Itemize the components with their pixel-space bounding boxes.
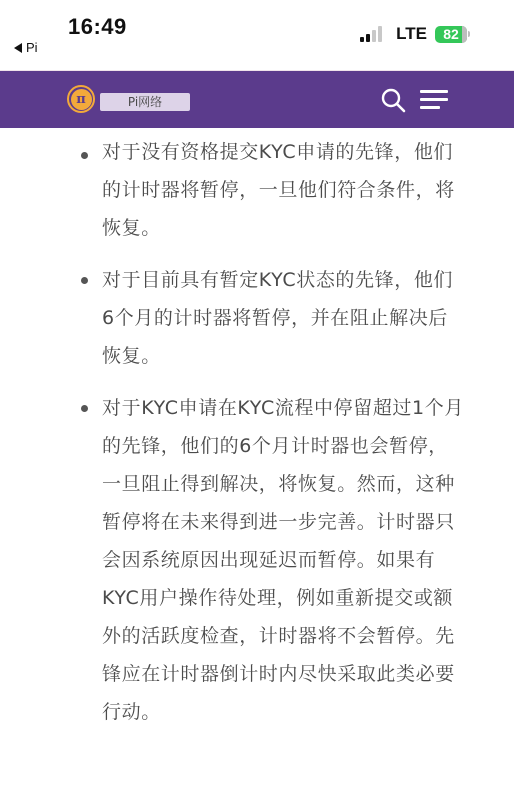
site-name-label[interactable]: Pi网络 bbox=[100, 93, 190, 111]
status-bar: 16:49 Pi LTE 82 bbox=[0, 0, 514, 70]
search-icon bbox=[380, 87, 406, 113]
site-header: π Pi网络 bbox=[0, 70, 514, 128]
pi-logo-icon[interactable]: π bbox=[67, 85, 95, 113]
bullet-list: 对于没有资格提交KYC申请的先锋，他们的计时器将暂停，一旦他们符合条件，将恢复。… bbox=[0, 128, 514, 731]
list-item: 对于KYC申请在KYC流程中停留超过1个月的先锋，他们的6个月计时器也会暂停，一… bbox=[0, 389, 514, 731]
status-indicators: LTE 82 bbox=[360, 24, 470, 44]
hamburger-menu-button[interactable] bbox=[420, 88, 450, 110]
pi-logo-glyph: π bbox=[71, 89, 92, 110]
network-type: LTE bbox=[396, 24, 427, 44]
back-to-app-button[interactable]: Pi bbox=[14, 40, 38, 55]
status-time: 16:49 bbox=[68, 14, 127, 40]
hamburger-menu-icon bbox=[420, 90, 448, 93]
back-app-label: Pi bbox=[26, 40, 38, 55]
bullet-icon bbox=[81, 277, 88, 284]
list-item: 对于目前具有暂定KYC状态的先锋，他们6个月的计时器将暂停，并在阻止解决后恢复。 bbox=[0, 261, 514, 375]
back-arrow-icon bbox=[14, 43, 22, 53]
list-item-text: 对于KYC申请在KYC流程中停留超过1个月的先锋，他们的6个月计时器也会暂停，一… bbox=[102, 397, 464, 723]
battery-icon: 82 bbox=[435, 26, 470, 43]
list-item-text: 对于目前具有暂定KYC状态的先锋，他们6个月的计时器将暂停，并在阻止解决后恢复。 bbox=[102, 269, 453, 367]
bullet-icon bbox=[81, 405, 88, 412]
cellular-signal-icon bbox=[360, 26, 382, 42]
bullet-icon bbox=[81, 152, 88, 159]
search-button[interactable] bbox=[380, 87, 406, 113]
battery-percent: 82 bbox=[443, 26, 459, 42]
article-content: 对于没有资格提交KYC申请的先锋，他们的计时器将暂停，一旦他们符合条件，将恢复。… bbox=[0, 128, 514, 745]
list-item: 对于没有资格提交KYC申请的先锋，他们的计时器将暂停，一旦他们符合条件，将恢复。 bbox=[0, 128, 514, 247]
list-item-text: 对于没有资格提交KYC申请的先锋，他们的计时器将暂停，一旦他们符合条件，将恢复。 bbox=[102, 141, 455, 239]
